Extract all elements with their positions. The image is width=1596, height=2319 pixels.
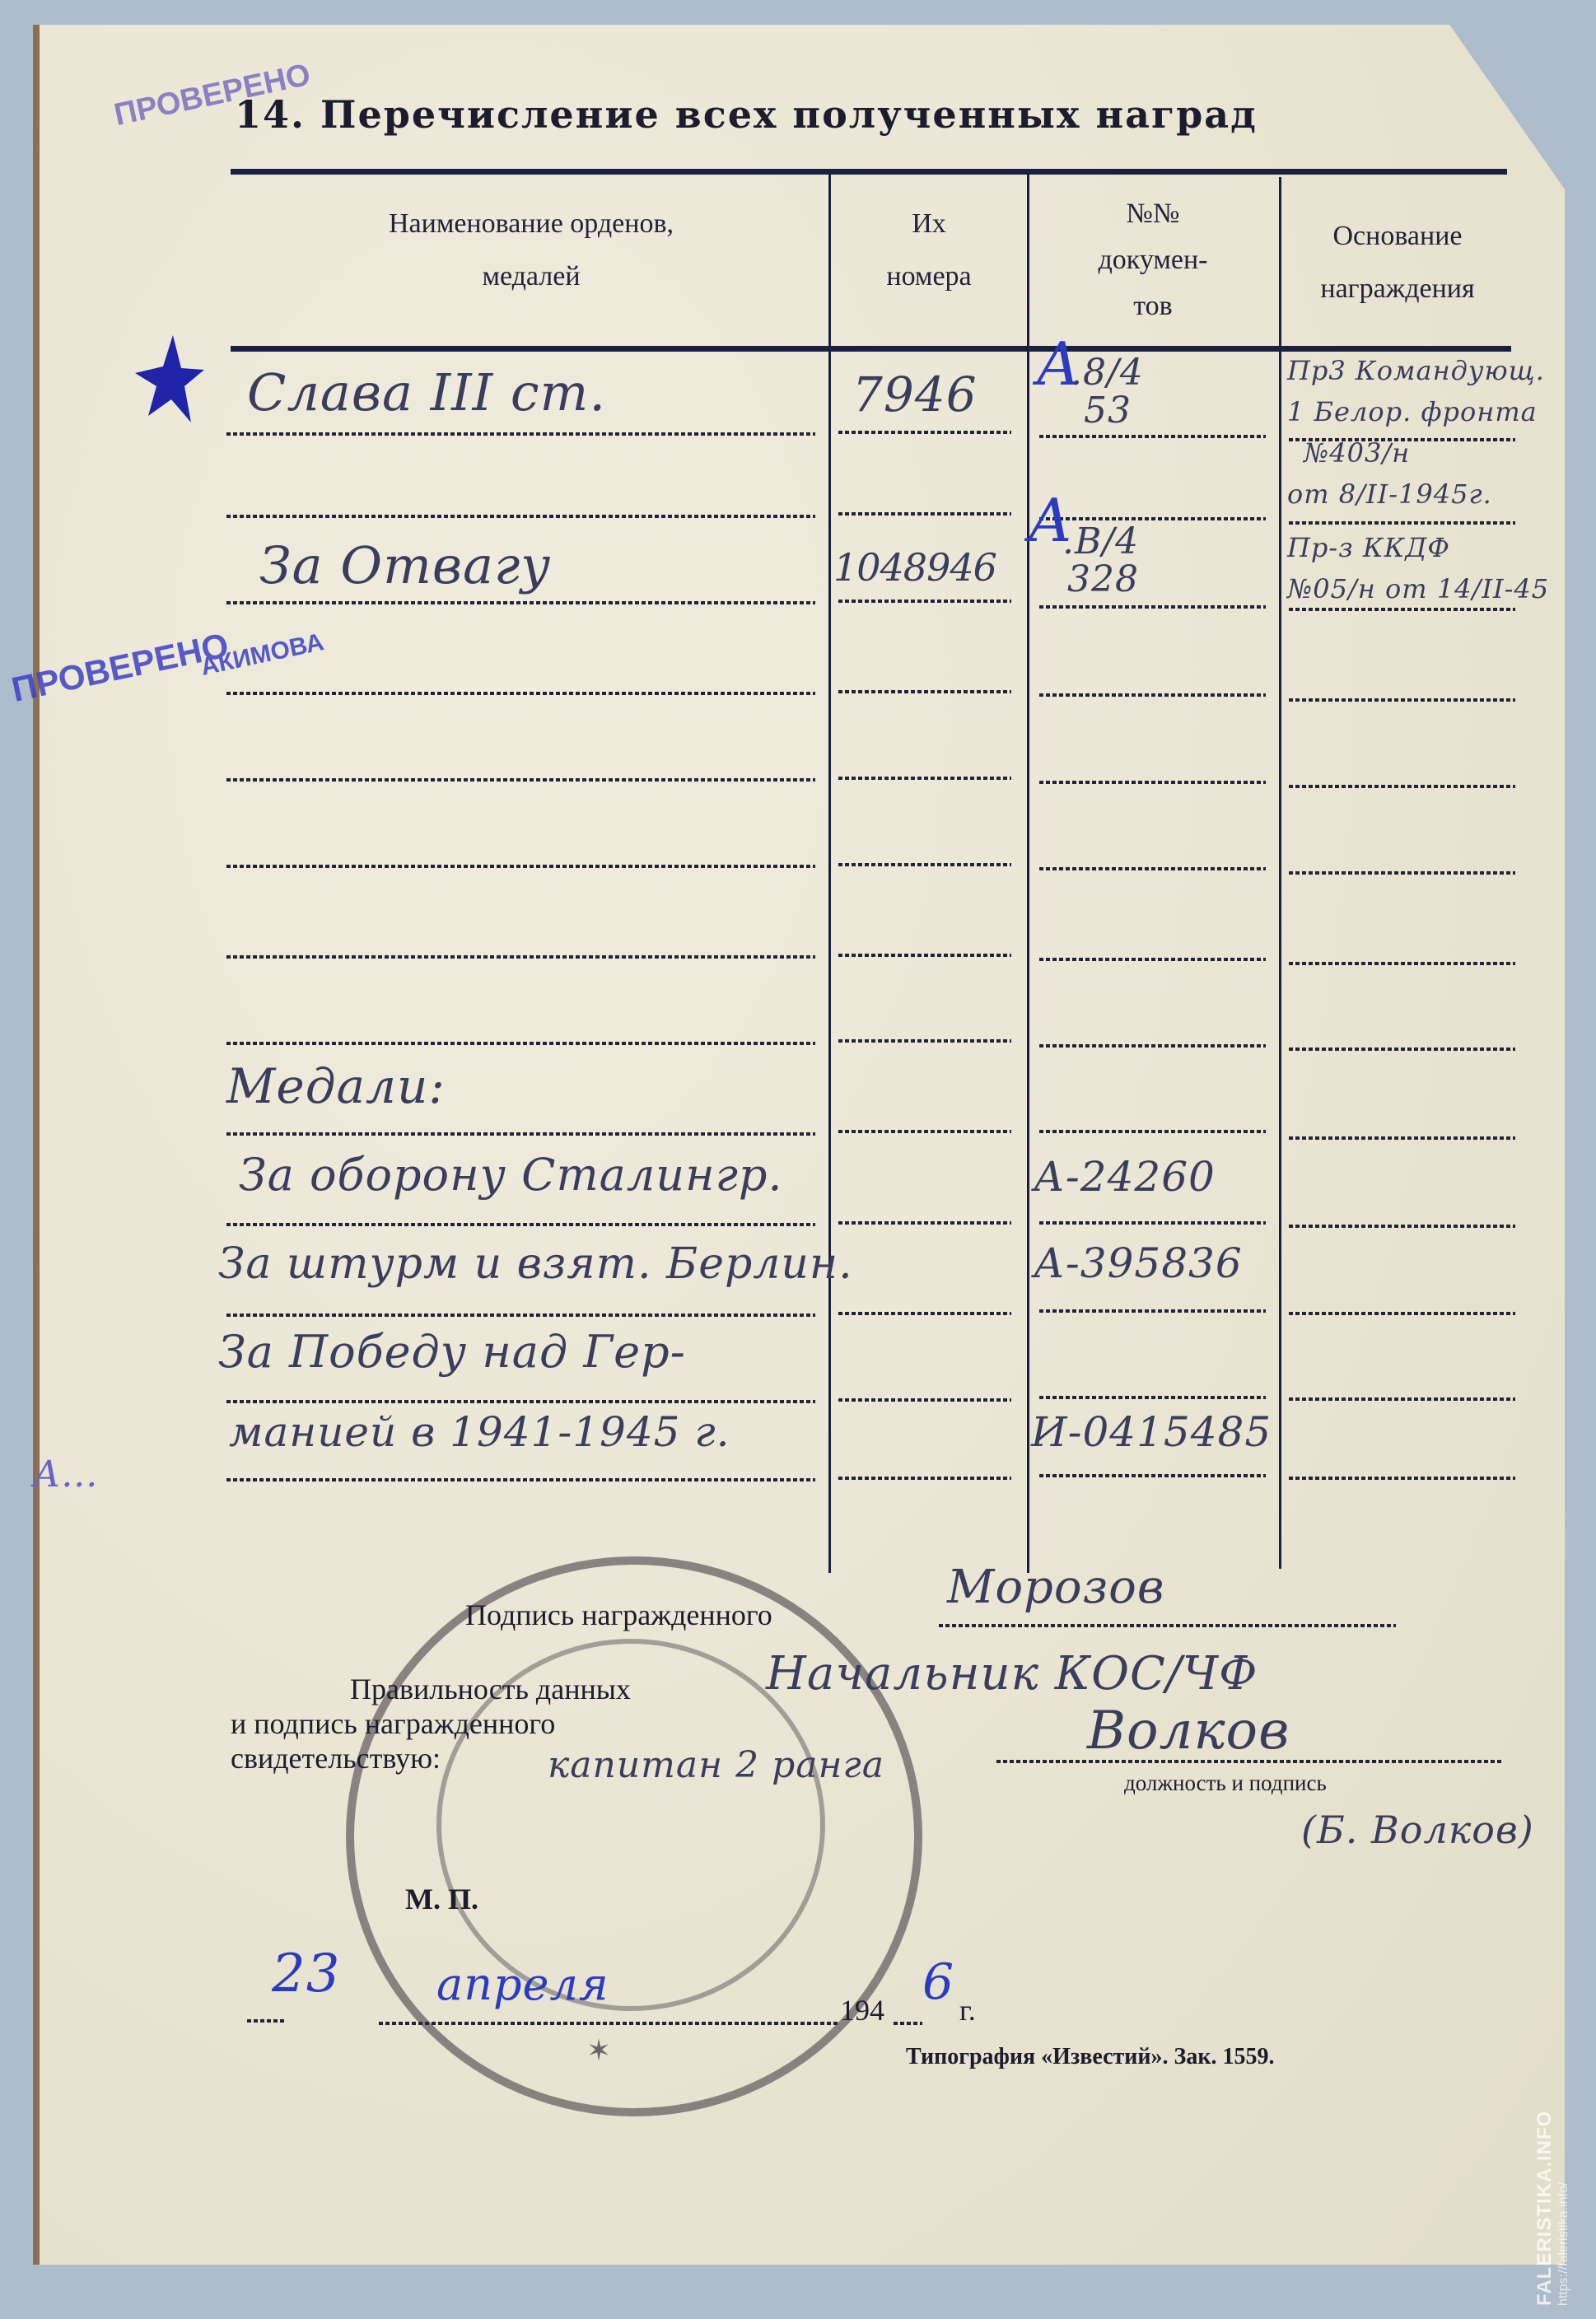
- row-line: [1289, 1136, 1515, 1140]
- date-month: апреля: [436, 1958, 609, 2010]
- medal-document: А-24260: [1034, 1153, 1216, 1201]
- document-number: .В/4 328: [1062, 523, 1139, 599]
- row-line: [1289, 698, 1515, 702]
- row-line: [1039, 1130, 1266, 1133]
- date-day: 23: [272, 1943, 340, 2004]
- date-suffix: г.: [959, 1993, 976, 2027]
- header-text: тов: [1029, 283, 1276, 329]
- date-month-line: [379, 2022, 840, 2025]
- section-title: 14. Перечисление всех полученных наград: [235, 92, 1258, 137]
- watermark-url: https://faleristika.info/: [1556, 2111, 1571, 2306]
- watermark-brand: FALERISTIKA.INFO: [1533, 2111, 1556, 2306]
- header-text: Их: [832, 198, 1026, 250]
- row-line: [838, 863, 1011, 866]
- header-award-name: Наименование орденов, медалей: [239, 198, 824, 303]
- row-line: [838, 431, 1011, 434]
- certification-line: [996, 1760, 1503, 1763]
- row-line: [226, 955, 815, 959]
- document-line: .В/4: [1062, 523, 1139, 561]
- row-line: [838, 1312, 1011, 1315]
- order-name: Слава III ст.: [247, 362, 606, 422]
- header-text: Наименование орденов,: [239, 198, 824, 250]
- row-line: [226, 1223, 815, 1226]
- row-line: [1289, 1225, 1515, 1228]
- medal-name: За Победу над Гер-: [218, 1326, 686, 1378]
- header-documents: №№ докумен- тов: [1029, 191, 1276, 329]
- row-line: [1289, 785, 1515, 788]
- row-line: [226, 692, 815, 695]
- row-line: [1039, 867, 1266, 870]
- medal-document: И-0415485: [1031, 1408, 1272, 1456]
- row-line: [226, 515, 815, 518]
- row-line: [1039, 1044, 1266, 1048]
- row-line: [226, 778, 815, 782]
- medal-name: За оборону Сталингр.: [239, 1149, 783, 1201]
- row-line: [838, 777, 1011, 780]
- row-line: [226, 1313, 815, 1317]
- column-divider: [1027, 173, 1029, 1573]
- row-line: [1039, 1396, 1266, 1399]
- header-text: №№: [1029, 191, 1276, 237]
- row-line: [1289, 1477, 1515, 1480]
- seal-star-icon: ✶: [586, 2034, 611, 2068]
- printer-imprint: Типография «Известий». Зак. 1559.: [906, 2044, 1274, 2070]
- medal-document: А-395836: [1034, 1239, 1243, 1287]
- row-line: [838, 512, 1011, 516]
- award-basis: Пр-з ККДФ №05/н от 14/II-45: [1287, 527, 1549, 609]
- date-year-prefix: 194: [840, 1993, 884, 2027]
- row-line: [1289, 871, 1515, 875]
- row-line: [226, 1132, 815, 1136]
- row-line: [1039, 958, 1266, 961]
- certifier-position: Начальник КОС/ЧФ: [766, 1647, 1258, 1701]
- order-name: За Отвагу: [259, 535, 551, 595]
- header-text: награждения: [1281, 263, 1514, 315]
- row-line: [1039, 605, 1266, 609]
- date-year-suffix: 6: [922, 1953, 954, 2011]
- certification-text: и подпись награжденного: [231, 1706, 631, 1741]
- certification-text: Правильность данных: [231, 1672, 631, 1706]
- medal-name: За штурм и взят. Берлин.: [218, 1239, 853, 1289]
- row-line: [1289, 1048, 1515, 1051]
- awardee-signature: Морозов: [947, 1561, 1164, 1614]
- header-text: номера: [832, 250, 1026, 303]
- row-line: [1289, 1397, 1515, 1401]
- row-line: [838, 1130, 1011, 1133]
- row-line: [838, 690, 1011, 693]
- row-line: [838, 1039, 1011, 1043]
- header-text: Основание: [1281, 210, 1514, 263]
- row-line: [838, 954, 1011, 957]
- row-line: [1289, 962, 1515, 965]
- column-divider: [1279, 177, 1281, 1569]
- row-line: [1039, 781, 1266, 784]
- row-line: [1289, 1312, 1515, 1315]
- basis-line: №05/н от 14/II-45: [1287, 568, 1549, 609]
- row-line: [838, 1221, 1011, 1225]
- row-line: [838, 600, 1011, 603]
- award-basis: Пр3 Командующ. 1 Белор. фронта №403/н от…: [1287, 350, 1545, 515]
- basis-line: Пр-з ККДФ: [1287, 527, 1549, 568]
- row-line: [226, 432, 815, 436]
- row-line: [226, 1400, 815, 1403]
- row-line: [226, 1042, 815, 1045]
- row-line: [226, 865, 815, 868]
- row-line: [1039, 1309, 1266, 1313]
- basis-line: №403/н: [1287, 432, 1545, 474]
- margin-mark: А...: [33, 1453, 98, 1495]
- star-stamp-icon: [132, 334, 206, 424]
- row-line: [838, 1398, 1011, 1402]
- certifier-signature: Волков: [1087, 1701, 1290, 1761]
- basis-line: Пр3 Командующ.: [1287, 350, 1545, 391]
- seal-place-label: М. П.: [405, 1882, 478, 1916]
- watermark: FALERISTIKA.INFO https://faleristika.inf…: [1533, 2111, 1571, 2306]
- header-numbers: Их номера: [832, 198, 1026, 303]
- row-line: [1039, 435, 1266, 438]
- row-line: [1289, 521, 1515, 525]
- document-line: 328: [1062, 561, 1139, 599]
- order-number: 1048946: [833, 545, 996, 590]
- document-line: 53: [1071, 392, 1144, 430]
- column-divider: [828, 173, 831, 1573]
- header-text: медалей: [239, 250, 824, 303]
- header-text: докумен-: [1029, 237, 1276, 283]
- row-line: [226, 1478, 815, 1481]
- document-line: .8/4: [1071, 354, 1144, 392]
- signature-line: [939, 1624, 1396, 1627]
- certification-caption: должность и подпись: [1124, 1771, 1327, 1796]
- document-number: .8/4 53: [1071, 354, 1144, 430]
- row-line: [1039, 1221, 1266, 1225]
- basis-line: 1 Белор. фронта: [1287, 391, 1545, 432]
- row-line: [838, 1477, 1011, 1480]
- basis-line: от 8/II-1945г.: [1287, 474, 1545, 515]
- certifier-name: (Б. Волков): [1301, 1808, 1534, 1852]
- row-line: [1039, 1474, 1266, 1477]
- table-top-rule: [231, 169, 1507, 175]
- header-basis: Основание награждения: [1281, 210, 1514, 315]
- signature-label: Подпись награжденного: [465, 1598, 772, 1632]
- medals-heading: Медали:: [226, 1058, 446, 1114]
- medal-name-continued: манией в 1941-1945 г.: [229, 1408, 730, 1456]
- date-year-line: [894, 2022, 922, 2025]
- row-line: [226, 601, 815, 604]
- row-line: [1039, 693, 1266, 697]
- order-number: 7946: [852, 366, 978, 422]
- certifier-rank: капитан 2 ранга: [548, 1744, 884, 1786]
- date-day-line: [247, 2019, 284, 2023]
